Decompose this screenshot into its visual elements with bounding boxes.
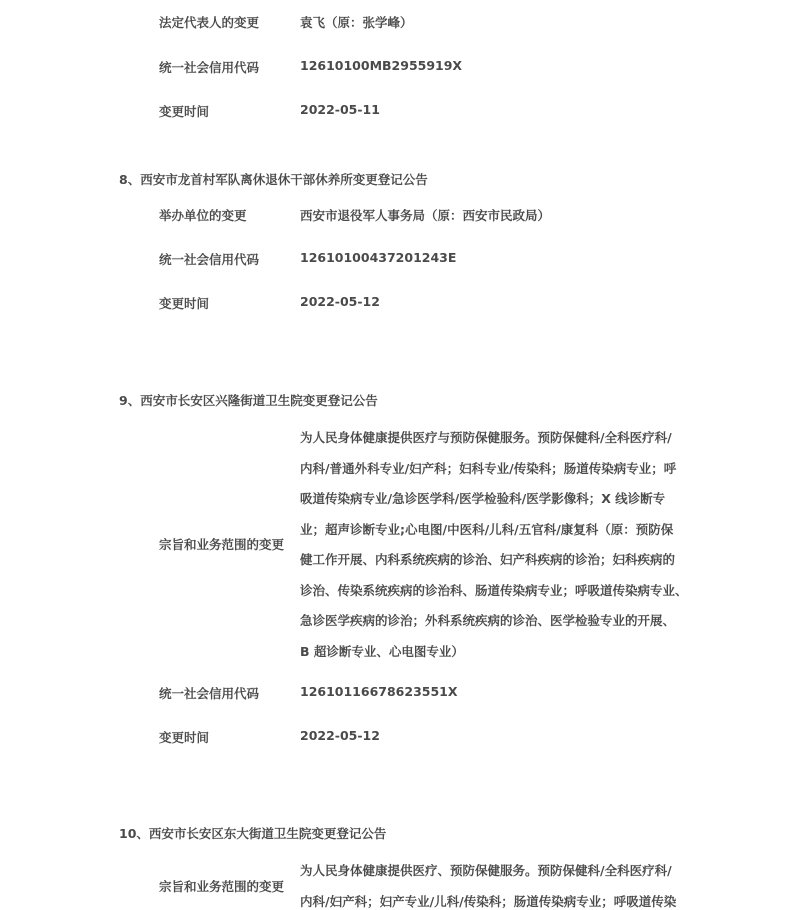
field-value-scope: 为人民身体健康提供医疗与预防保健服务。预防保健科/全科医疗科/ 内科/普通外科专…	[300, 423, 670, 667]
field-label-change-date: 变更时间	[159, 728, 209, 746]
field-value-credit-code: 12610100437201243E	[300, 250, 456, 265]
field-value-legal-rep: 袁飞（原：张学峰）	[300, 13, 413, 31]
field-label-sponsor: 举办单位的变更	[159, 206, 247, 224]
field-value-change-date: 2022-05-12	[300, 728, 380, 743]
field-value-change-date: 2022-05-12	[300, 294, 380, 309]
scope-line: 内科/妇产科；妇产专业/儿科/传染科；肠道传染病专业；呼吸道传染	[300, 887, 670, 910]
scope-line: 为人民身体健康提供医疗与预防保健服务。预防保健科/全科医疗科/	[300, 423, 670, 454]
field-label-scope: 宗旨和业务范围的变更	[159, 877, 284, 895]
field-label-credit-code: 统一社会信用代码	[159, 58, 259, 76]
field-value-scope: 为人民身体健康提供医疗、预防保健服务。预防保健科/全科医疗科/ 内科/妇产科；妇…	[300, 856, 670, 910]
scope-line: 吸道传染病专业/急诊医学科/医学检验科/医学影像科；X 线诊断专	[300, 484, 670, 515]
field-label-credit-code: 统一社会信用代码	[159, 684, 259, 702]
scope-line: B 超诊断专业、心电图专业）	[300, 637, 670, 668]
scope-line: 为人民身体健康提供医疗、预防保健服务。预防保健科/全科医疗科/	[300, 856, 670, 887]
field-value-credit-code: 12610116678623551X	[300, 684, 458, 699]
scope-line: 急诊医学疾病的诊治；外科系统疾病的诊治、医学检验专业的开展、	[300, 606, 670, 637]
field-value-credit-code: 12610100MB2955919X	[300, 58, 462, 73]
scope-line: 诊治、传染系统疾病的诊治科、肠道传染病专业；呼吸道传染病专业、	[300, 576, 670, 607]
section-title: 8、西安市龙首村军队离休退休干部休养所变更登记公告	[119, 170, 428, 188]
scope-line: 业；超声诊断专业;心电图/中医科/儿科/五官科/康复科（原：预防保	[300, 515, 670, 546]
section-title: 9、西安市长安区兴隆街道卫生院变更登记公告	[119, 391, 378, 409]
field-value-change-date: 2022-05-11	[300, 102, 380, 117]
field-label-legal-rep: 法定代表人的变更	[159, 13, 259, 31]
field-label-change-date: 变更时间	[159, 294, 209, 312]
field-label-scope: 宗旨和业务范围的变更	[159, 535, 284, 553]
section-title: 10、西安市长安区东大街道卫生院变更登记公告	[119, 824, 386, 842]
field-value-sponsor: 西安市退役军人事务局（原：西安市民政局）	[300, 206, 550, 224]
scope-line: 内科/普通外科专业/妇产科；妇科专业/传染科；肠道传染病专业；呼	[300, 454, 670, 485]
scope-line: 健工作开展、内科系统疾病的诊治、妇产科疾病的诊治；妇科疾病的	[300, 545, 670, 576]
field-label-credit-code: 统一社会信用代码	[159, 250, 259, 268]
field-label-change-date: 变更时间	[159, 102, 209, 120]
